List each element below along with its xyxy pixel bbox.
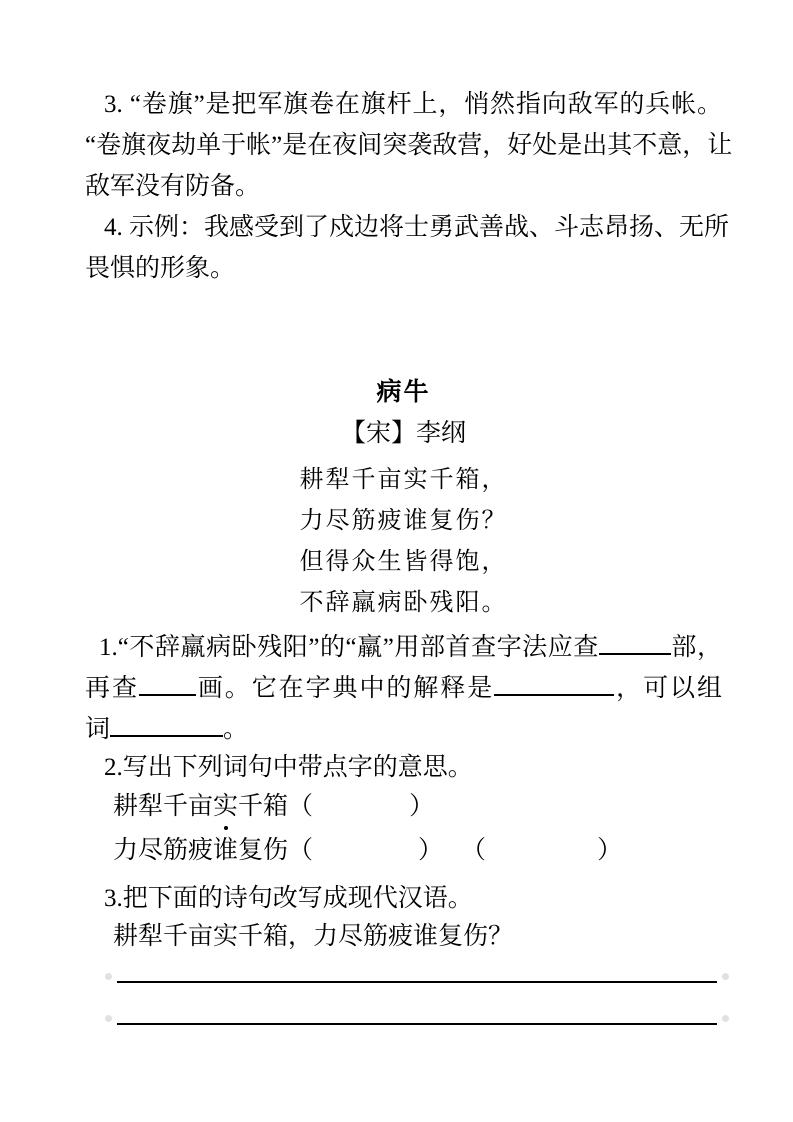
poem-line-2: 力尽筋疲谁复伤？: [85, 501, 722, 542]
q2-item2-answer-gap-1: [313, 857, 418, 858]
poem-verses: 耕犁千亩实千箱， 力尽筋疲谁复伤？ 但得众生皆得饱， 不辞羸病卧残阳。: [85, 460, 722, 624]
answer-item-3-line-1: 3. “卷旗”是把军旗卷在旗杆上，悄然指向敌军的兵帐。: [85, 84, 722, 125]
q2-item1-post: 千箱: [238, 793, 288, 820]
question-1-line-3: 词。: [85, 709, 722, 750]
q1-blank-radical: [599, 630, 671, 655]
q2-item2-paren-open-1: （: [288, 837, 313, 864]
poem-block: 病牛 【宋】李纲 耕犁千亩实千箱， 力尽筋疲谁复伤？ 但得众生皆得饱， 不辞羸病…: [85, 372, 722, 624]
q1-blank-strokes: [139, 671, 196, 696]
question-3-sentence-row: 耕犁千亩实千箱，力尽筋疲谁复伤？: [85, 916, 722, 957]
question-3-heading-row: 3.把下面的诗句改写成现代汉语。: [85, 878, 722, 919]
q2-item2-answer-gap-2: [486, 857, 597, 858]
q1-text-g: 。: [223, 716, 248, 743]
poem-title: 病牛: [85, 372, 722, 413]
answer-item-4-line-2: 畏惧的形象。: [85, 248, 722, 289]
question-3-heading: 3.把下面的诗句改写成现代汉语。: [85, 878, 722, 919]
q1-text-d: 画。它在字典中的解释是: [196, 675, 494, 702]
answer-line-2: [117, 1023, 717, 1025]
q2-item2-spacer: [443, 857, 461, 858]
q2-item2-paren-open-2: （: [461, 837, 486, 864]
poem-line-1: 耕犁千亩实千箱，: [85, 460, 722, 501]
q2-item1-dotted-char: 实: [213, 786, 238, 827]
q2-item2-text: 力尽筋疲谁复伤: [113, 837, 288, 864]
q1-text-b: 部，: [671, 634, 722, 661]
answer-item-4-line-1: 4. 示例：我感受到了戍边将士勇武善战、斗志昂扬、无所: [85, 207, 722, 248]
q1-text-a: 1.“不辞羸病卧残阳”的“羸”用部首查字法应查: [99, 634, 599, 661]
q2-item1-paren-open: （: [288, 793, 313, 820]
q1-blank-word: [110, 712, 223, 737]
question-1-line-2: 再查画。它在字典中的解释是，可以组: [85, 668, 722, 709]
q1-text-c: 再查: [85, 675, 139, 702]
worksheet-page: 3. “卷旗”是把军旗卷在旗杆上，悄然指向敌军的兵帐。 “卷旗夜劫单于帐”是在夜…: [0, 0, 793, 1122]
question-2-item-1: 耕犁千亩实千箱（）: [85, 786, 722, 827]
q2-item1-paren-close: ）: [409, 793, 434, 820]
q2-item1-pre: 耕犁千亩: [113, 793, 213, 820]
question-3-sentence: 耕犁千亩实千箱，力尽筋疲谁复伤？: [85, 916, 722, 957]
poem-line-3: 但得众生皆得饱，: [85, 542, 722, 583]
q2-item2-paren-close-1: ）: [418, 837, 443, 864]
answer-item-3-line-3: 敌军没有防备。: [85, 166, 722, 207]
q1-blank-definition: [494, 671, 614, 696]
q1-text-f: 词: [85, 716, 110, 743]
answer-line-1: [117, 981, 717, 983]
poem-line-4: 不辞羸病卧残阳。: [85, 583, 722, 624]
q1-text-e: ，可以组: [614, 675, 722, 702]
answer-item-3-line-2: “卷旗夜劫单于帐”是在夜间突袭敌营，好处是出其不意，让: [85, 125, 722, 166]
question-2-heading-row: 2.写出下列词句中带点字的意思。: [85, 747, 722, 788]
poem-author: 【宋】李纲: [85, 413, 722, 454]
answer-key-section: 3. “卷旗”是把军旗卷在旗杆上，悄然指向敌军的兵帐。 “卷旗夜劫单于帐”是在夜…: [85, 84, 722, 289]
question-2-item-2: 力尽筋疲谁复伤（）（）: [85, 830, 722, 871]
question-1: 1.“不辞羸病卧残阳”的“羸”用部首查字法应查部， 再查画。它在字典中的解释是，…: [85, 627, 722, 750]
question-1-line-1: 1.“不辞羸病卧残阳”的“羸”用部首查字法应查部，: [85, 627, 722, 668]
question-2-heading: 2.写出下列词句中带点字的意思。: [85, 747, 722, 788]
q2-item1-answer-gap: [313, 813, 409, 814]
q2-item2-paren-close-2: ）: [597, 837, 622, 864]
